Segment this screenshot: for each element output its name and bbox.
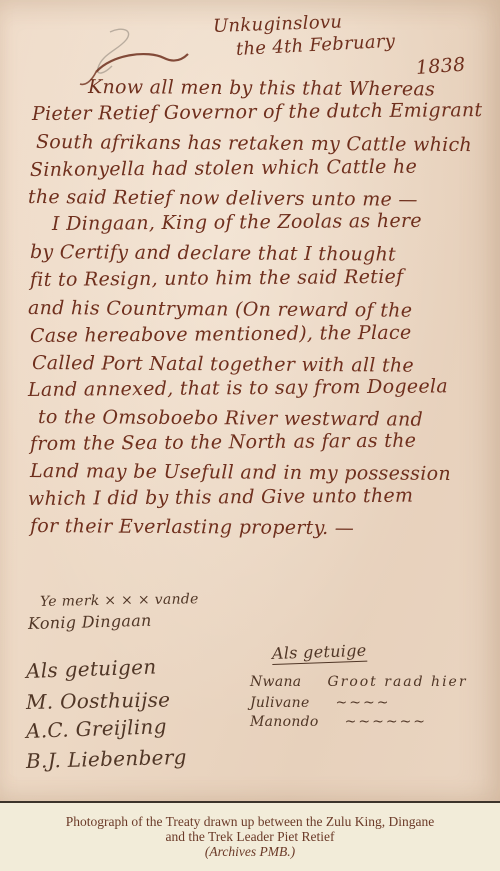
treaty-line: for their Everlasting property. — [30,515,354,539]
treaty-photograph: Unkuginslovu the 4th February 1838 Know … [0,0,500,801]
councillor-mark: ~~~~ [336,695,391,711]
councillor-row: Manondo~~~~~~ [250,714,427,730]
councillor-name: Nwana [250,674,301,690]
witness-signature: A.C. Greijling [26,714,168,743]
witness-signature: B.J. Liebenberg [26,745,187,773]
treaty-year: 1838 [415,54,466,79]
treaty-line: which I did by this and Give unto them [28,485,414,510]
councillor-row: Julivane~~~~ [250,695,390,711]
treaty-line: South afrikans has retaken my Cattle whi… [36,131,472,156]
treaty-line: Pieter Retief Governor of the dutch Emig… [32,99,483,125]
treaty-line: Land may be Usefull and in my possession [30,460,451,485]
caption-divider [0,801,500,803]
councillor-row: NwanaGroot raad hier [250,674,468,690]
councillor-mark: Groot raad hier [327,674,467,690]
witness-header-left: Als getuigen [26,654,157,683]
treaty-line: I Dingaan, King of the Zoolas as here [52,210,422,235]
councillor-name: Julivane [250,695,310,711]
treaty-line: from the Sea to the North as far as the [30,430,416,455]
treaty-line: fit to Resign, unto him the said Retief [30,266,404,291]
treaty-line: Know all men by this that Whereas [88,76,435,100]
treaty-line: Land annexed, that is to say from Dogeel… [28,375,448,401]
treaty-line: and his Countryman (On reward of the [28,297,412,322]
caption-line: Photograph of the Treaty drawn up betwee… [0,814,500,829]
witness-header-right: Als getuige [272,641,367,665]
councillor-mark: ~~~~~~ [345,714,427,730]
caption-line: and the Trek Leader Piet Retief [0,829,500,844]
witness-signature: M. Oosthuijse [26,687,171,714]
dingaan-mark-line: Ye merk × × × vande [40,591,199,610]
treaty-place: Unkuginslovu [213,11,343,37]
councillor-name: Manondo [250,714,319,730]
treaty-line: Sinkonyella had stolen which Cattle he [30,156,417,181]
king-dingaan-signature: Konig Dingaan [28,611,152,633]
caption: Photograph of the Treaty drawn up betwee… [0,814,500,859]
caption-archive-credit: (Archives PMB.) [0,844,500,859]
treaty-line: to the Omsoboebo River westward and [38,406,423,431]
treaty-line: the said Retief now delivers unto me — [28,186,418,211]
book-page: Unkuginslovu the 4th February 1838 Know … [0,0,500,871]
treaty-line: Case hereabove mentioned), the Place [30,322,412,347]
treaty-line: by Certify and declare that I thought [30,241,396,266]
treaty-line: Called Port Natal together with all the [32,352,414,377]
